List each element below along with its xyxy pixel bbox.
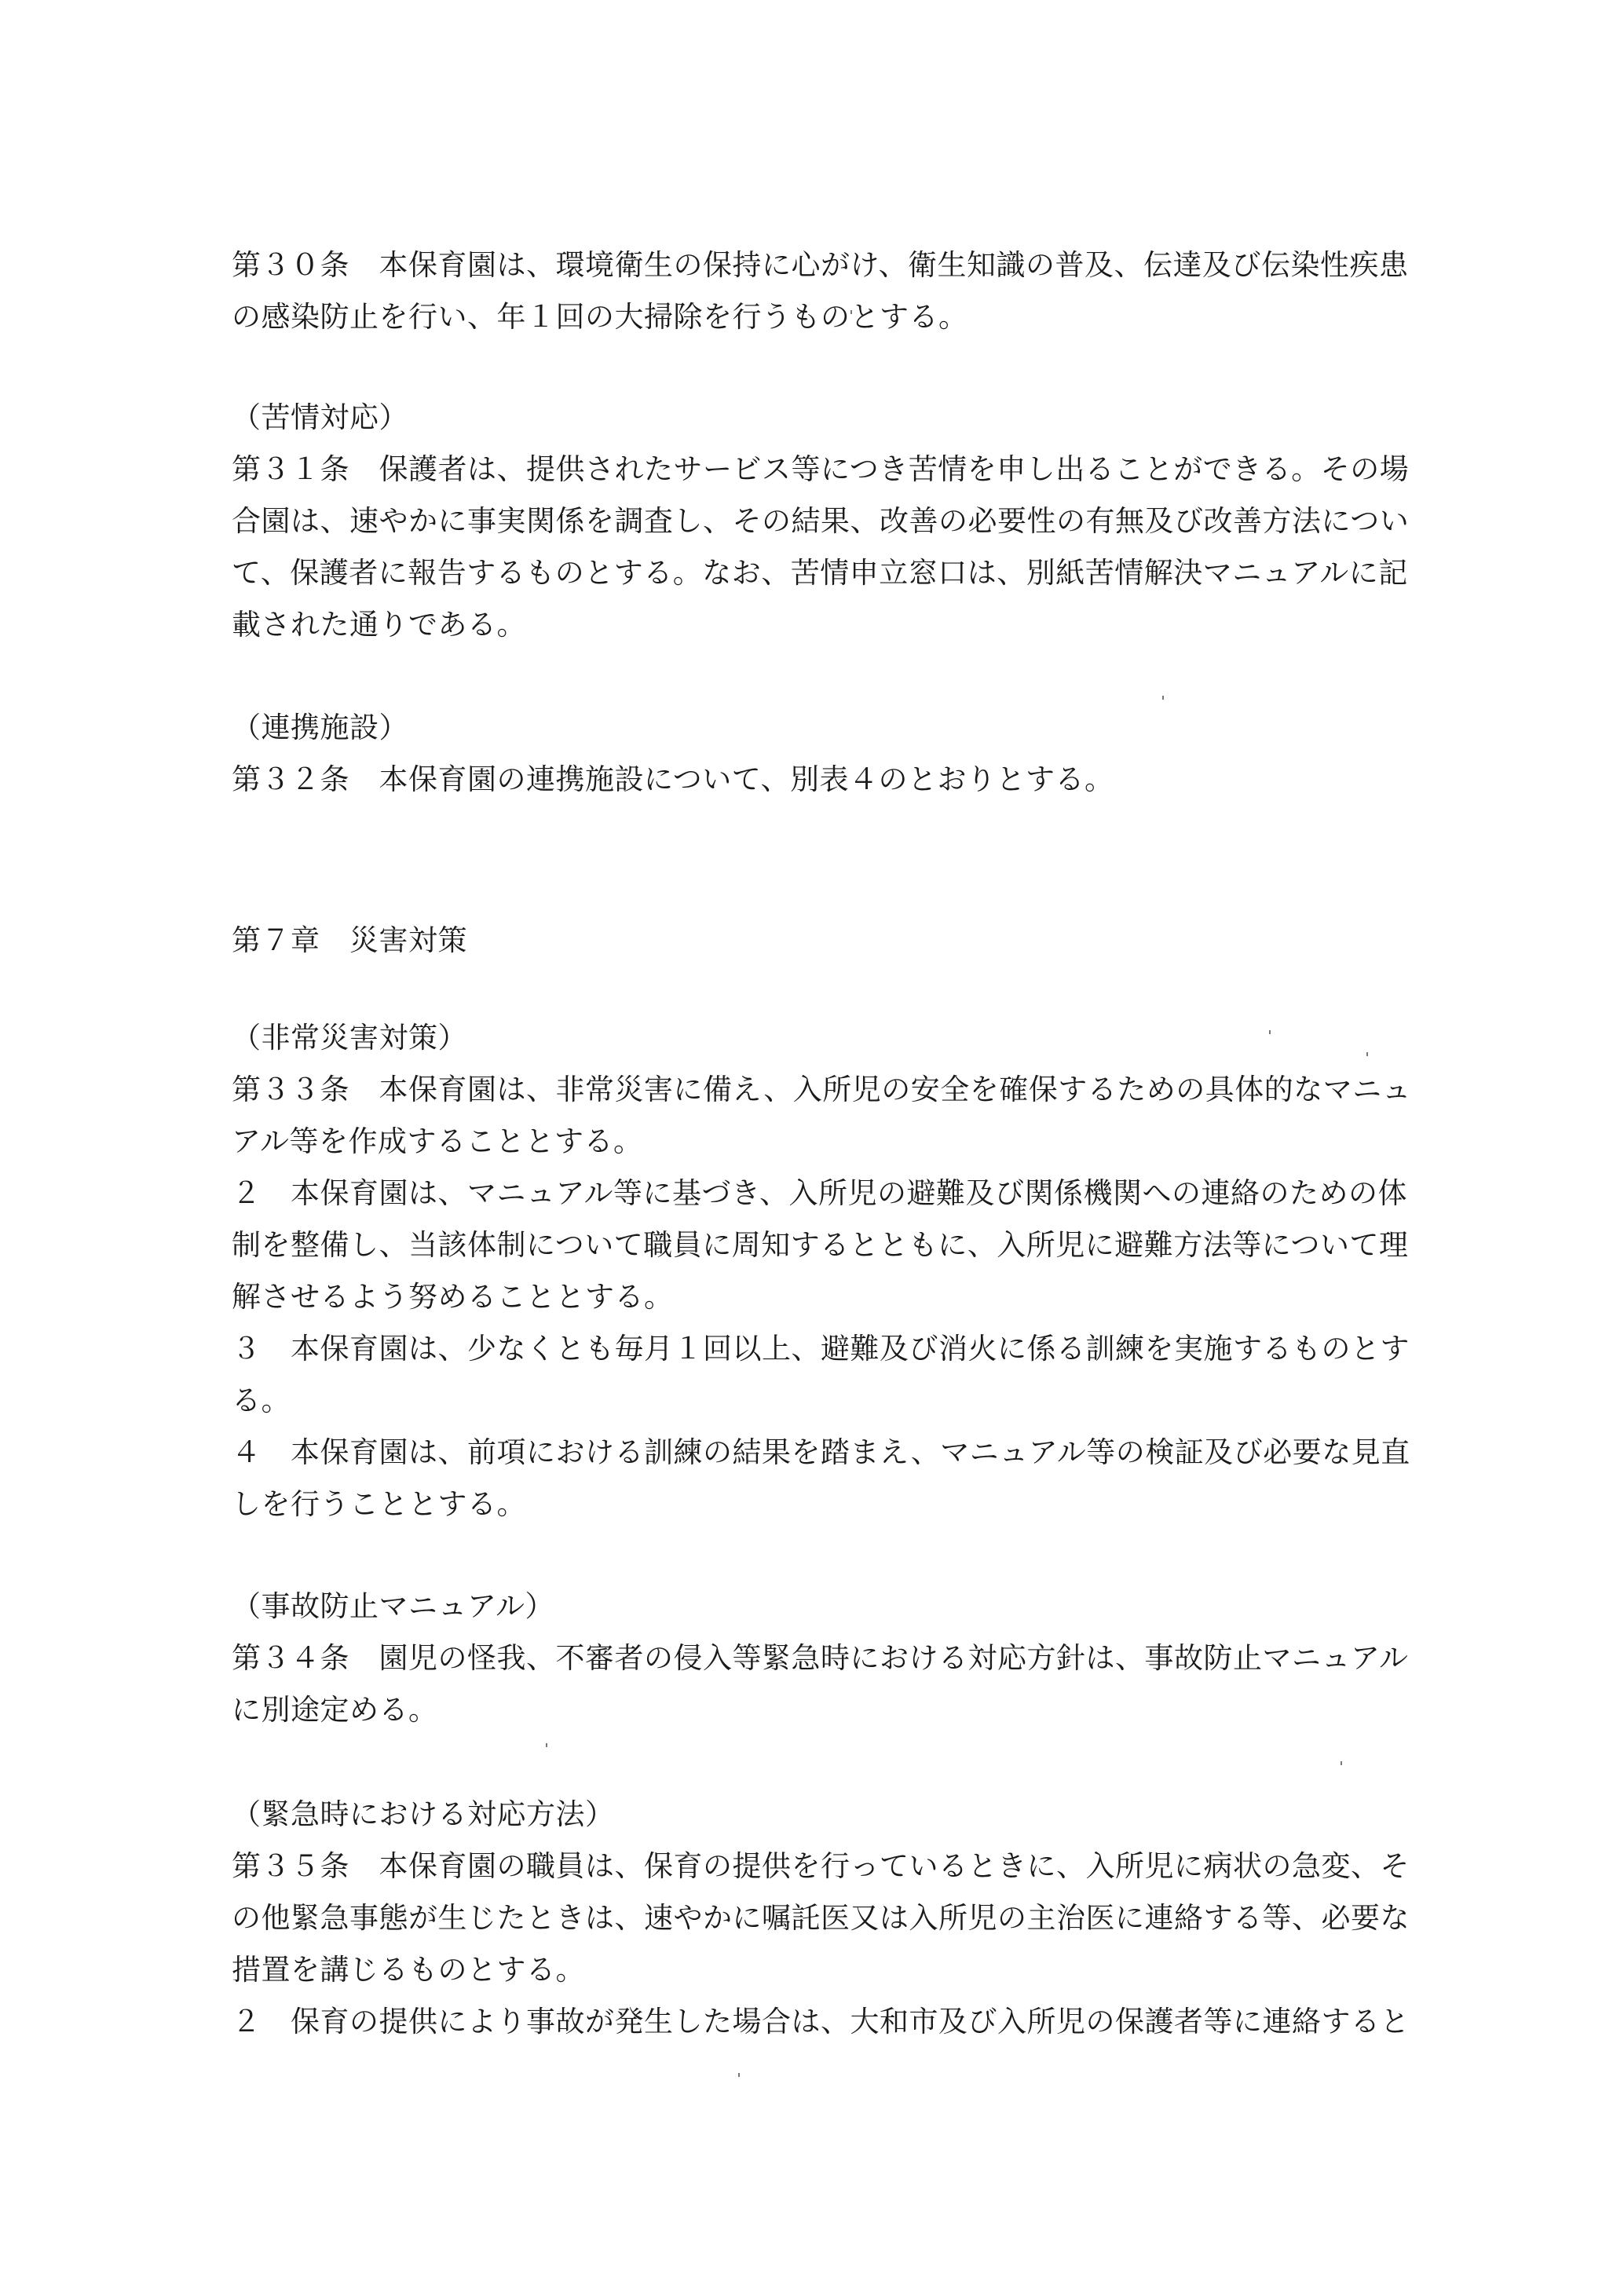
article-32: （連携施設） 第３２条 本保育園の連携施設について、別表４のとおりとする。	[232, 702, 1433, 806]
text-line: 第３２条 本保育園の連携施設について、別表４のとおりとする。	[232, 754, 1433, 806]
text-line: の感染防止を行い、年１回の大掃除を行うものとする。	[232, 291, 1433, 343]
section-heading-accident-prevention: （事故防止マニュアル）	[232, 1581, 1433, 1632]
section-heading-disaster-measures: （非常災害対策）	[232, 1012, 1433, 1064]
article-34: （事故防止マニュアル） 第３４条 園児の怪我、不審者の侵入等緊急時における対応方…	[232, 1581, 1433, 1736]
section-heading-partner-facilities: （連携施設）	[232, 702, 1433, 754]
text-line: 第３０条 本保育園は、環境衛生の保持に心がけ、衛生知識の普及、伝達及び伝染性疾患	[232, 239, 1433, 291]
text-line: ４ 本保育園は、前項における訓練の結果を踏まえ、マニュアル等の検証及び必要な見直	[232, 1427, 1433, 1479]
chapter-7-title: 第７章 災害対策	[232, 915, 1433, 967]
scan-speck	[738, 2073, 740, 2077]
text-line: 載された通りである。	[232, 599, 1433, 651]
article-33: （非常災害対策） 第３３条 本保育園は、非常災害に備え、入所児の安全を確保するた…	[232, 1012, 1433, 1530]
text-line: の他緊急事態が生じたときは、速やかに嘱託医又は入所児の主治医に連絡する等、必要な	[232, 1892, 1433, 1944]
text-line: しを行うこととする。	[232, 1479, 1433, 1530]
article-31: （苦情対応） 第３１条 保護者は、提供されたサービス等につき苦情を申し出ることが…	[232, 392, 1433, 651]
section-heading-complaints: （苦情対応）	[232, 392, 1433, 444]
text-line: 解させるよう努めることとする。	[232, 1271, 1433, 1323]
section-heading-emergency-response: （緊急時における対応方法）	[232, 1789, 1433, 1841]
article-35: （緊急時における対応方法） 第３５条 本保育園の職員は、保育の提供を行っていると…	[232, 1789, 1433, 2048]
scan-speck	[1366, 1052, 1368, 1056]
text-line: 措置を講じるものとする。	[232, 1944, 1433, 1996]
text-line: アル等を作成することとする。	[232, 1116, 1433, 1168]
text-line: ２ 保育の提供により事故が発生した場合は、大和市及び入所児の保護者等に連絡すると	[232, 1996, 1433, 2048]
text-line: 第３４条 園児の怪我、不審者の侵入等緊急時における対応方針は、事故防止マニュアル	[232, 1632, 1433, 1684]
text-line: 第３５条 本保育園の職員は、保育の提供を行っているときに、入所児に病状の急変、そ	[232, 1841, 1433, 1892]
text-line: る。	[232, 1375, 1433, 1427]
chapter-title: 第７章 災害対策	[232, 915, 1433, 967]
text-line: に別途定める。	[232, 1684, 1433, 1736]
scan-speck	[850, 310, 852, 314]
text-line: 合園は、速やかに事実関係を調査し、その結果、改善の必要性の有無及び改善方法につい	[232, 495, 1433, 547]
document-page: 第３０条 本保育園は、環境衛生の保持に心がけ、衛生知識の普及、伝達及び伝染性疾患…	[0, 0, 1624, 2296]
text-line: て、保護者に報告するものとする。なお、苦情申立窓口は、別紙苦情解決マニュアルに記	[232, 547, 1433, 599]
scan-speck	[1269, 1030, 1271, 1034]
text-line: ２ 本保育園は、マニュアル等に基づき、入所児の避難及び関係機関への連絡のための体	[232, 1168, 1433, 1219]
text-line: 制を整備し、当該体制について職員に周知するとともに、入所児に避難方法等について理	[232, 1219, 1433, 1271]
scan-speck	[1162, 696, 1164, 700]
text-line: 第３３条 本保育園は、非常災害に備え、入所児の安全を確保するための具体的なマニュ	[232, 1064, 1433, 1116]
text-line: 第３１条 保護者は、提供されたサービス等につき苦情を申し出ることができる。その場	[232, 444, 1433, 495]
scan-speck	[1341, 1761, 1342, 1765]
article-30: 第３０条 本保育園は、環境衛生の保持に心がけ、衛生知識の普及、伝達及び伝染性疾患…	[232, 239, 1433, 343]
scan-speck	[546, 1743, 547, 1747]
text-line: ３ 本保育園は、少なくとも毎月１回以上、避難及び消火に係る訓練を実施するものとす	[232, 1323, 1433, 1375]
